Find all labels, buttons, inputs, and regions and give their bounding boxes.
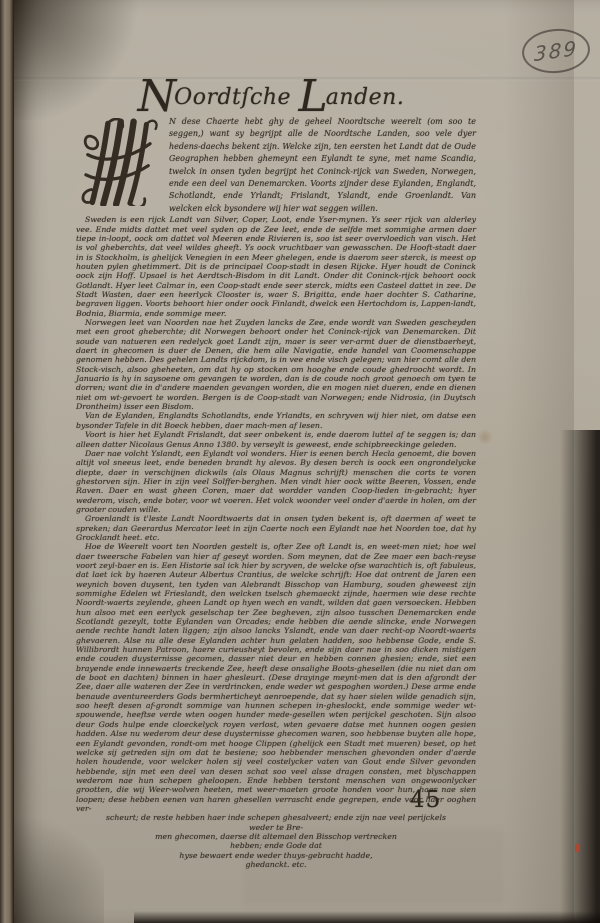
story-closing-line: hyse bewaert ende weder thuys-gebracht h… (172, 851, 380, 870)
paper-stain (476, 430, 494, 444)
text-column: N dese Chaerte hebt ghy de geheel Noordt… (76, 116, 476, 869)
paragraph-islands-note: Van de Eylanden, Englandts Schotlandts, … (76, 411, 476, 430)
paragraph-frisland: Voort is hier het Eylandt Frislandt, dat… (76, 430, 476, 449)
paragraph-norway: Norwegen leet van Noorden nae het Zuyden… (76, 318, 476, 411)
printed-page-number: 45 (410, 787, 441, 813)
corner-shadow (14, 783, 104, 923)
paragraph-iceland: Daer nae volcht Yslandt, een Eylandt vol… (76, 449, 476, 514)
story-closing-line: scheurt; de reste hebben haer inde schep… (104, 813, 448, 832)
paragraph-sweden: Sweden is een rijck Landt van Silver, Co… (76, 215, 476, 318)
book-edge-shadow (560, 430, 600, 923)
corner-shadow (14, 0, 164, 120)
story-closing-lines: scheurt; de reste hebben haer inde schep… (76, 813, 476, 869)
title-word-2: anden. (326, 85, 405, 110)
book-gutter-edge (0, 0, 14, 923)
ornamental-initial-icon (76, 118, 160, 206)
title-initial-l: L (299, 71, 326, 122)
paragraph-north-story: Hoe de Weerelt voort ten Noorden gestelt… (76, 542, 476, 813)
page: 389 NOordtſche Landen. N (14, 0, 600, 923)
title-word-1: Oordtſche (174, 85, 298, 110)
paragraph-greenland: Groenlandt is t'leste Landt Noordtwaerts… (76, 514, 476, 542)
book-edge-shadow (134, 911, 600, 923)
ribbon-marker (575, 844, 579, 852)
book-page-scan: 389 NOordtſche Landen. N (0, 0, 600, 923)
story-closing-line: men ghecomen, daerse dit altemael den Bi… (138, 832, 414, 851)
